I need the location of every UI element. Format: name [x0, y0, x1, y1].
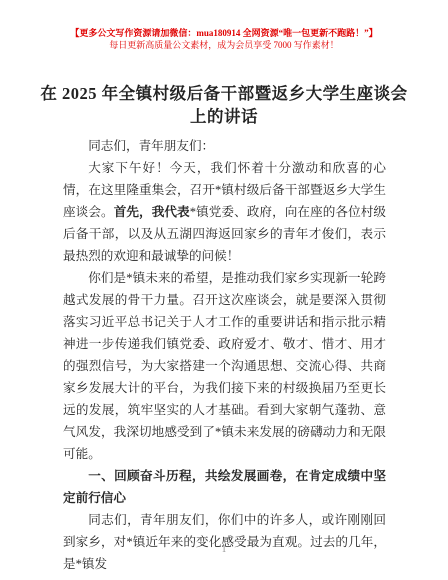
bold-emphasis: 首先，我代表 [114, 205, 190, 219]
salutation: 同志们，青年朋友们： [63, 135, 386, 157]
paragraph-purpose: 你们是*镇未来的希望，是推动我们家乡实现新一轮跨越式发展的骨干力量。召开这次座谈… [63, 267, 386, 465]
header-ad-line2: 每日更新高质量公文素材，成为会员享受 7000 写作素材！ [0, 39, 448, 51]
paragraph-welcome: 大家下午好！今天，我们怀着十分激动和欣喜的心情，在这里隆重集会，召开*镇村级后备… [63, 157, 386, 267]
section-heading-one: 一、回顾奋斗历程，共绘发展画卷，在肯定成绩中坚定前行信心 [63, 465, 386, 509]
header-ad-line1: 【更多公文写作资源请加微信：mua180914 全网资源“唯一包更新不跑路！”】 [0, 27, 448, 39]
document-body: 同志们，青年朋友们： 大家下午好！今天，我们怀着十分激动和欣喜的心情，在这里隆重… [63, 135, 386, 575]
document-title: 在 2025 年全镇村级后备干部暨返乡大学生座谈会上的讲话 [38, 82, 410, 128]
page-number: 1 [0, 544, 448, 554]
document-page: 【更多公文写作资源请加微信：mua180914 全网资源“唯一包更新不跑路！”】… [0, 0, 448, 580]
paragraph-review: 同志们，青年朋友们，你们中的许多人，或许刚刚回到家乡，对*镇近年来的变化感受最为… [63, 509, 386, 575]
header-ad: 【更多公文写作资源请加微信：mua180914 全网资源“唯一包更新不跑路！”】… [0, 27, 448, 51]
